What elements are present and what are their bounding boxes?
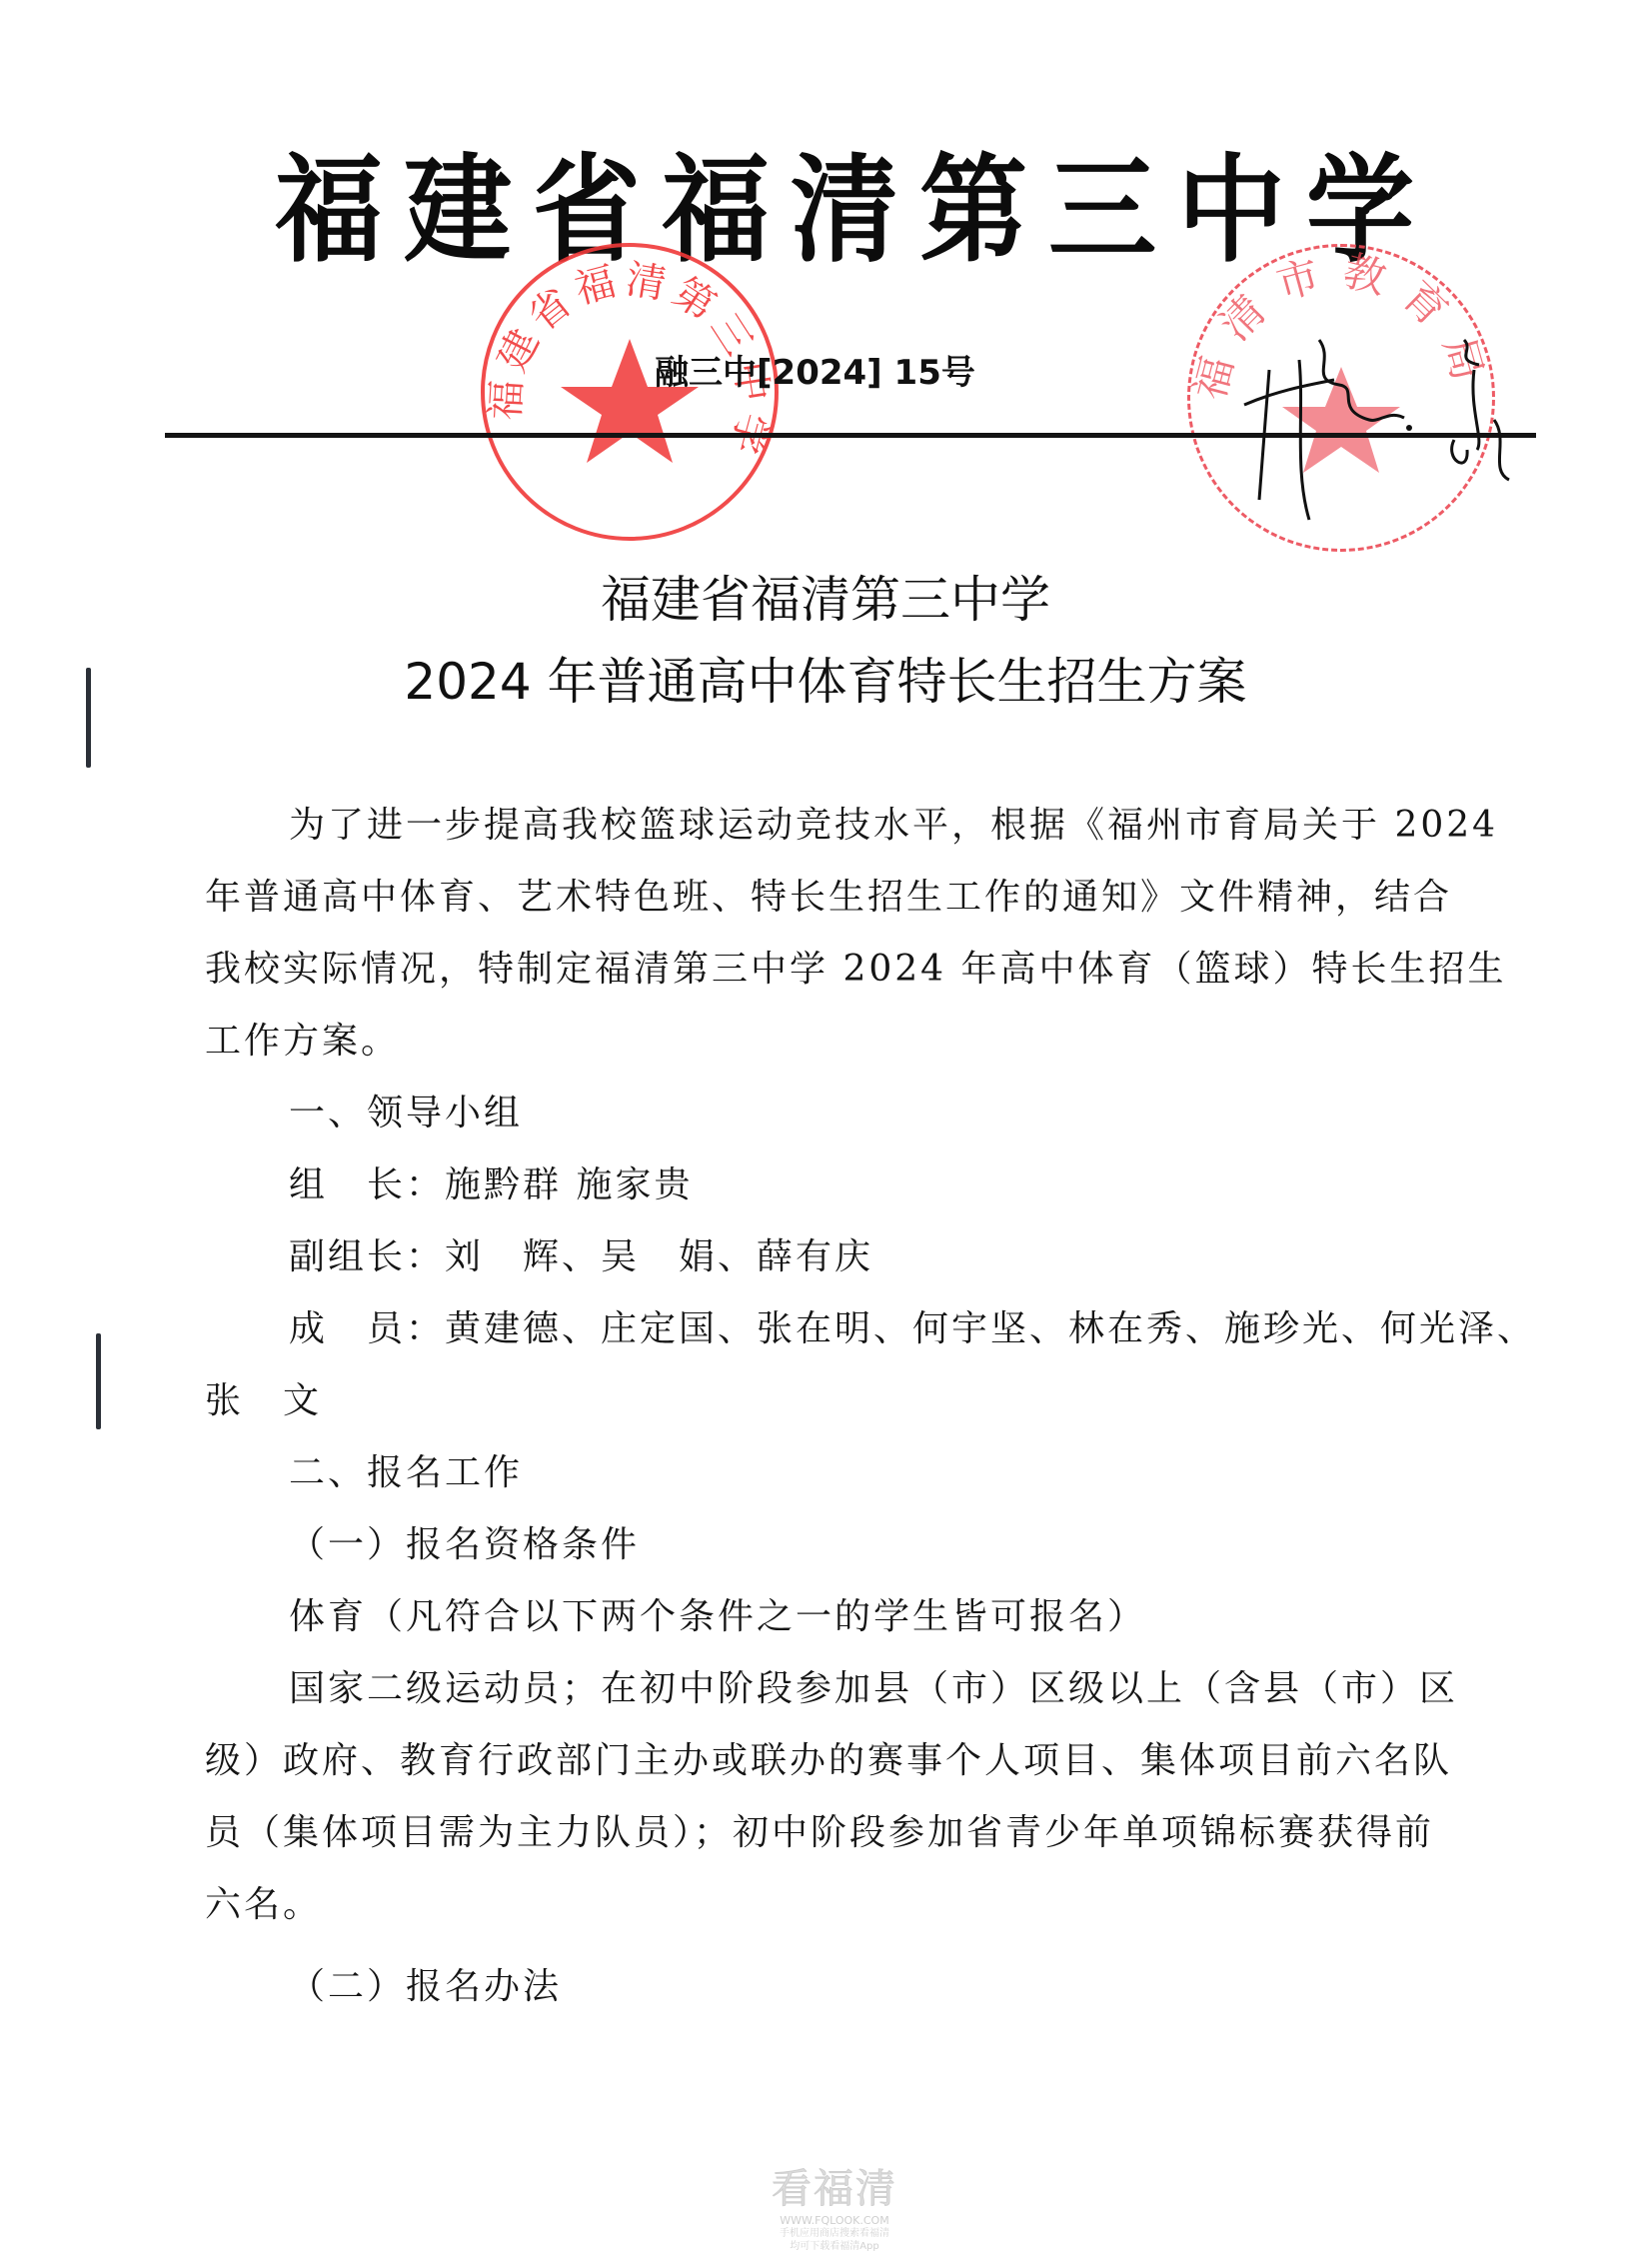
document-body: 为了进一步提高我校篮球运动竞技水平，根据《福州市育局关于 2024 年普通高中体…: [205, 790, 1494, 2023]
watermark-line: 均可下载看福清App: [760, 2240, 909, 2253]
intro-line: 我校实际情况，特制定福清第三中学 2024 年高中体育（篮球）特长生招生: [205, 934, 1494, 1006]
members-line: 张 文: [205, 1365, 1494, 1437]
watermark-url: WWW.FQLOOK.COM: [760, 2214, 909, 2227]
criteria-line: 级）政府、教育行政部门主办或联办的赛事个人项目、集体项目前六名队: [205, 1725, 1494, 1797]
section-heading-registration: 二、报名工作: [205, 1437, 1494, 1509]
document-page: 福 建 省 福 清 第 三 中 学 福建省福清第三中学 福清市教育局: [0, 0, 1651, 2268]
letterhead-char: 第: [914, 116, 1032, 283]
deputy-leader: 副组长：刘 辉、吴 娟、薛有庆: [205, 1221, 1494, 1293]
section-heading-leadership: 一、领导小组: [205, 1078, 1494, 1149]
watermark-brand: 看福清: [760, 2157, 909, 2214]
letterhead-char: 福: [270, 116, 388, 283]
criteria-line: 国家二级运动员；在初中阶段参加县（市）区级以上（含县（市）区: [205, 1653, 1494, 1725]
criteria-line: 员（集体项目需为主力队员）；初中阶段参加省青少年单项锦标赛获得前: [205, 1797, 1494, 1869]
letterhead-char: 清: [786, 116, 903, 283]
document-title-line-1: 福建省福清第三中学: [0, 560, 1651, 632]
intro-line: 工作方案。: [205, 1006, 1494, 1078]
group-leader: 组 长：施黔群 施家贵: [205, 1149, 1494, 1221]
criteria-line: 六名。: [205, 1869, 1494, 1941]
subsection-heading-method: （二）报名办法: [205, 1951, 1494, 2023]
sports-condition: 体育（凡符合以下两个条件之一的学生皆可报名）: [205, 1581, 1494, 1653]
letterhead-char: 三: [1043, 116, 1161, 283]
watermark: 看福清 WWW.FQLOOK.COM 手机应用商店搜索看福清 均可下载看福清Ap…: [760, 2157, 909, 2253]
members-line: 成 员：黄建德、庄定国、张在明、何宇坚、林在秀、施珍光、何光泽、: [205, 1293, 1494, 1365]
subsection-heading-eligibility: （一）报名资格条件: [205, 1509, 1494, 1581]
handwritten-signature: [1239, 300, 1539, 540]
document-title-line-2: 2024 年普通高中体育特长生招生方案: [0, 642, 1651, 714]
watermark-line: 手机应用商店搜索看福清: [760, 2227, 909, 2240]
intro-line: 年普通高中体育、艺术特色班、特长生招生工作的通知》文件精神，结合: [205, 862, 1494, 934]
staple-mark: [96, 1333, 101, 1429]
document-number: 融三中[2024] 15号: [655, 345, 975, 394]
intro-line: 为了进一步提高我校篮球运动竞技水平，根据《福州市育局关于 2024: [205, 790, 1494, 862]
